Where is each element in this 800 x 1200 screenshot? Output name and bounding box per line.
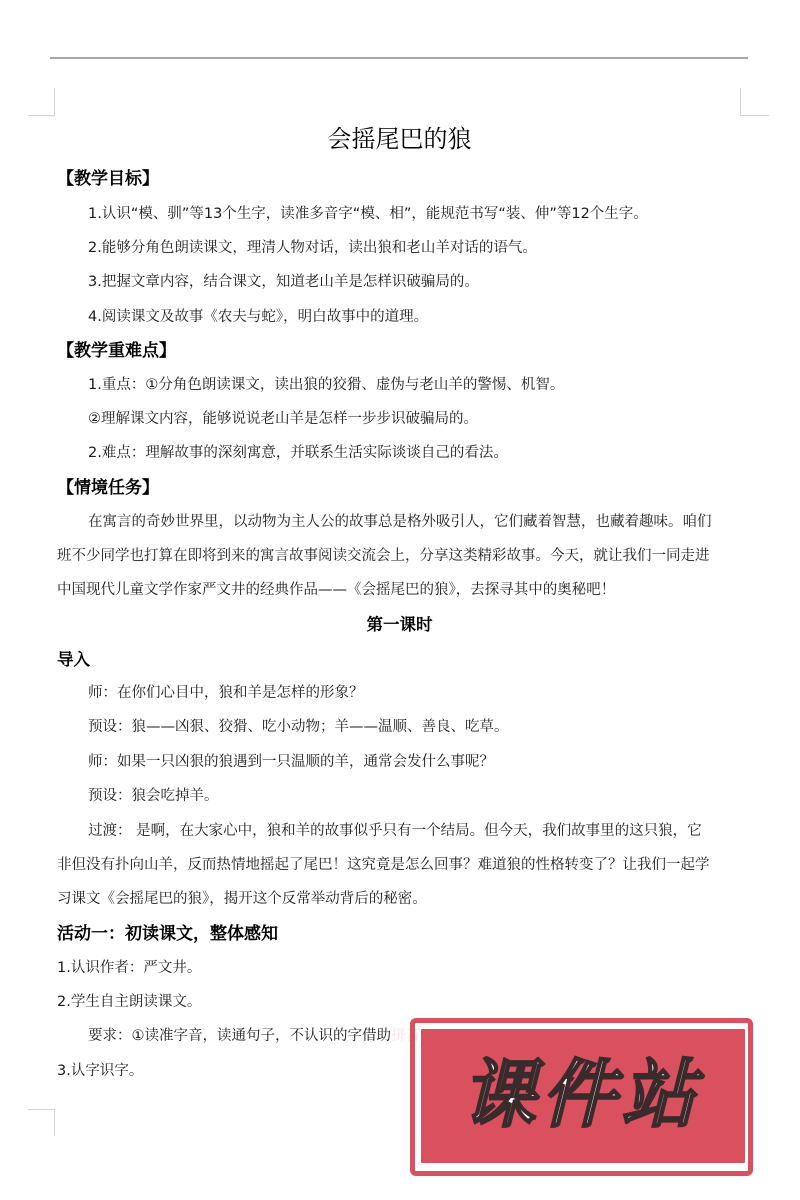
objective-item: 3.把握文章内容，结合课文，知道老山羊是怎样识破骗局的。 [57, 271, 742, 293]
activity-item: 1.认识作者：严文井。 [57, 957, 742, 979]
intro-line: 预设：狼会吃掉羊。 [57, 785, 742, 807]
heading-activity-one: 活动一：初读课文，整体感知 [57, 923, 742, 945]
key-point-item: 1.重点：①分角色朗读课文，读出狼的狡猾、虚伪与老山羊的警惕、机智。 [57, 374, 742, 396]
activity-item: 2.学生自主朗读课文。 [57, 991, 742, 1013]
document-title: 会摇尾巴的狼 [57, 124, 742, 154]
heading-scenario: 【情境任务】 [57, 477, 742, 499]
transition-line: 习课文《会摇尾巴的狼》，揭开这个反常举动背后的秘密。 [57, 888, 742, 910]
margin-corner-top-right [740, 88, 769, 116]
requirement-text: 要求：①读准字音，读通句子，不认识的字借助 [88, 1028, 391, 1044]
transition-line: 非但没有扑向山羊，反而热情地摇起了尾巴！这究竟是怎么回事？难道狼的性格转变了？让… [57, 854, 742, 876]
transition-line: 过渡： 是啊，在大家心中，狼和羊的故事似乎只有一个结局。但今天，我们故事里的这只… [57, 820, 742, 842]
scenario-line: 班不少同学也打算在即将到来的寓言故事阅读交流会上，分享这类精彩故事。今天，就让我… [57, 545, 742, 567]
heading-objectives: 【教学目标】 [57, 168, 742, 190]
objective-item: 4.阅读课文及故事《农夫与蛇》，明白故事中的道理。 [57, 306, 742, 328]
intro-line: 师：在你们心目中，狼和羊是怎样的形象？ [57, 682, 742, 704]
heading-key-points: 【教学重难点】 [57, 340, 742, 362]
intro-line: 预设：狼——凶狠、狡猾、吃小动物；羊——温顺、善良、吃草。 [57, 716, 742, 738]
objective-item: 2.能够分角色朗读课文，理清人物对话，读出狼和老山羊对话的语气。 [57, 237, 742, 259]
heading-lesson-one: 第一课时 [57, 614, 742, 636]
intro-line: 师：如果一只凶狠的狼遇到一只温顺的羊，通常会发什么事呢？ [57, 751, 742, 773]
margin-corner-top-left [28, 88, 55, 116]
scenario-line: 中国现代儿童文学作家严文井的经典作品——《会摇尾巴的狼》，去探寻其中的奥秘吧！ [57, 579, 742, 601]
margin-corner-bottom-left [28, 1109, 55, 1136]
heading-intro: 导入 [57, 649, 742, 671]
key-point-item: ②理解课文内容，能够说说老山羊是怎样一步步识破骗局的。 [57, 408, 742, 430]
watermark-stamp: 课件站 [408, 1018, 755, 1178]
watermark-text: 课件站 [408, 1052, 755, 1138]
scenario-line: 在寓言的奇妙世界里，以动物为主人公的故事总是格外吸引人，它们藏着智慧，也藏着趣味… [57, 511, 742, 533]
key-point-item: 2.难点：理解故事的深刻寓意，并联系生活实际谈谈自己的看法。 [57, 442, 742, 464]
page-header-rule [50, 57, 748, 59]
objective-item: 1.认识“模、驯”等13个生字，读准多音字“模、相”，能规范书写“装、伸”等12… [57, 203, 742, 225]
